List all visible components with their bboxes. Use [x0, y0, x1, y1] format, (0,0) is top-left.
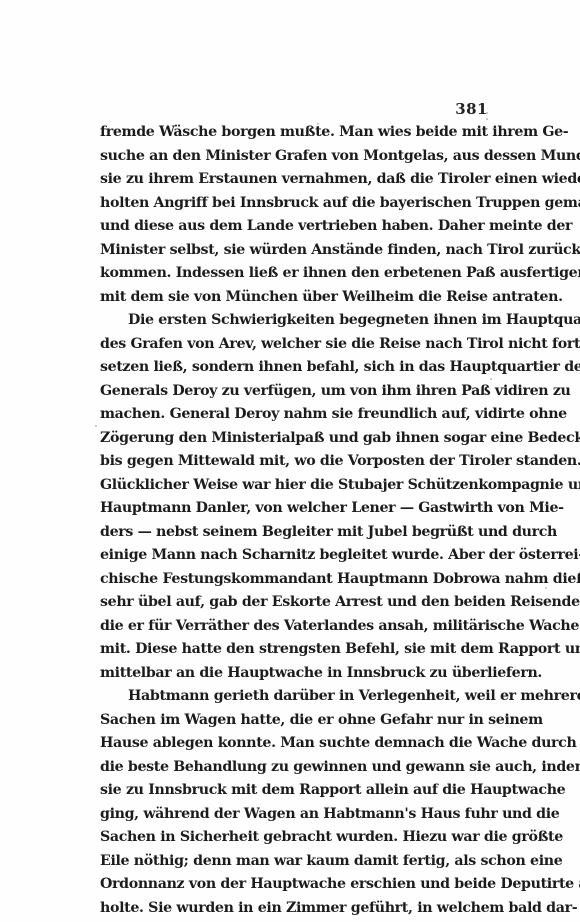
- text-line: Generals Deroy zu verfügen, um von ihm i…: [100, 380, 512, 404]
- text-line: Zögerung den Ministerialpaß und gab ihne…: [100, 427, 512, 451]
- text-line: mit. Diese hatte den strengsten Befehl, …: [100, 638, 512, 662]
- text-line: die er für Verräther des Vaterlandes ans…: [100, 615, 512, 639]
- paragraph: Die ersten Schwierigkeiten begegneten ih…: [100, 309, 512, 685]
- text-line: holte. Sie wurden in ein Zimmer geführt,…: [100, 897, 512, 921]
- text-line: Habtmann gerieth darüber in Verlegenheit…: [100, 685, 512, 709]
- body-text: fremde Wäsche borgen mußte. Man wies bei…: [100, 121, 512, 920]
- text-line: Sachen im Wagen hatte, die er ohne Gefah…: [100, 709, 512, 733]
- text-line: Minister selbst, sie würden Anstände fin…: [100, 239, 512, 263]
- text-line: des Grafen von Arev, welcher sie die Rei…: [100, 333, 512, 357]
- text-line: Sachen in Sicherheit gebracht wurden. Hi…: [100, 826, 512, 850]
- text-line: sie zu Innsbruck mit dem Rapport allein …: [100, 779, 512, 803]
- text-line: Hause ablegen konnte. Man suchte demnach…: [100, 732, 512, 756]
- text-line: mit dem sie von München über Weilheim di…: [100, 286, 512, 310]
- text-line: ging, während der Wagen an Habtmann's Ha…: [100, 803, 512, 827]
- text-line: setzen ließ, sondern ihnen befahl, sich …: [100, 356, 512, 380]
- scan-speck: [95, 425, 97, 427]
- paragraph: fremde Wäsche borgen mußte. Man wies bei…: [100, 121, 512, 309]
- page-number: 381: [448, 100, 488, 118]
- text-line: chische Festungskommandant Hauptmann Dob…: [100, 568, 512, 592]
- scan-speck: [486, 112, 488, 114]
- text-line: die beste Behandlung zu gewinnen und gew…: [100, 756, 512, 780]
- text-line: ders — nebst seinem Begleiter mit Jubel …: [100, 521, 512, 545]
- text-line: suche an den Minister Grafen von Montgel…: [100, 145, 512, 169]
- text-line: einige Mann nach Scharnitz begleitet wur…: [100, 544, 512, 568]
- paragraph: Habtmann gerieth darüber in Verlegenheit…: [100, 685, 512, 920]
- text-line: sie zu ihrem Erstaunen vernahmen, daß di…: [100, 168, 512, 192]
- text-line: kommen. Indessen ließ er ihnen den erbet…: [100, 262, 512, 286]
- text-line: Ordonnanz von der Hauptwache erschien un…: [100, 873, 512, 897]
- scan-speck: [545, 587, 547, 589]
- text-line: machen. General Deroy nahm sie freundlic…: [100, 403, 512, 427]
- text-line: fremde Wäsche borgen mußte. Man wies bei…: [100, 121, 512, 145]
- scan-speck: [486, 118, 488, 120]
- text-line: mittelbar an die Hauptwache in Innsbruck…: [100, 662, 512, 686]
- text-line: Eile nöthig; denn man war kaum damit fer…: [100, 850, 512, 874]
- text-line: sehr übel auf, gab der Eskorte Arrest un…: [100, 591, 512, 615]
- book-page: 381 fremde Wäsche borgen mußte. Man wies…: [0, 0, 580, 922]
- text-line: holten Angriff bei Innsbruck auf die bay…: [100, 192, 512, 216]
- text-line: Glücklicher Weise war hier die Stubajer …: [100, 474, 512, 498]
- text-line: Die ersten Schwierigkeiten begegneten ih…: [100, 309, 512, 333]
- scan-speck: [317, 123, 319, 125]
- text-line: bis gegen Mittewald mit, wo die Vorposte…: [100, 450, 512, 474]
- text-line: und diese aus dem Lande vertrieben haben…: [100, 215, 512, 239]
- scan-speck: [490, 378, 492, 380]
- text-line: Hauptmann Danler, von welcher Lener — Ga…: [100, 497, 512, 521]
